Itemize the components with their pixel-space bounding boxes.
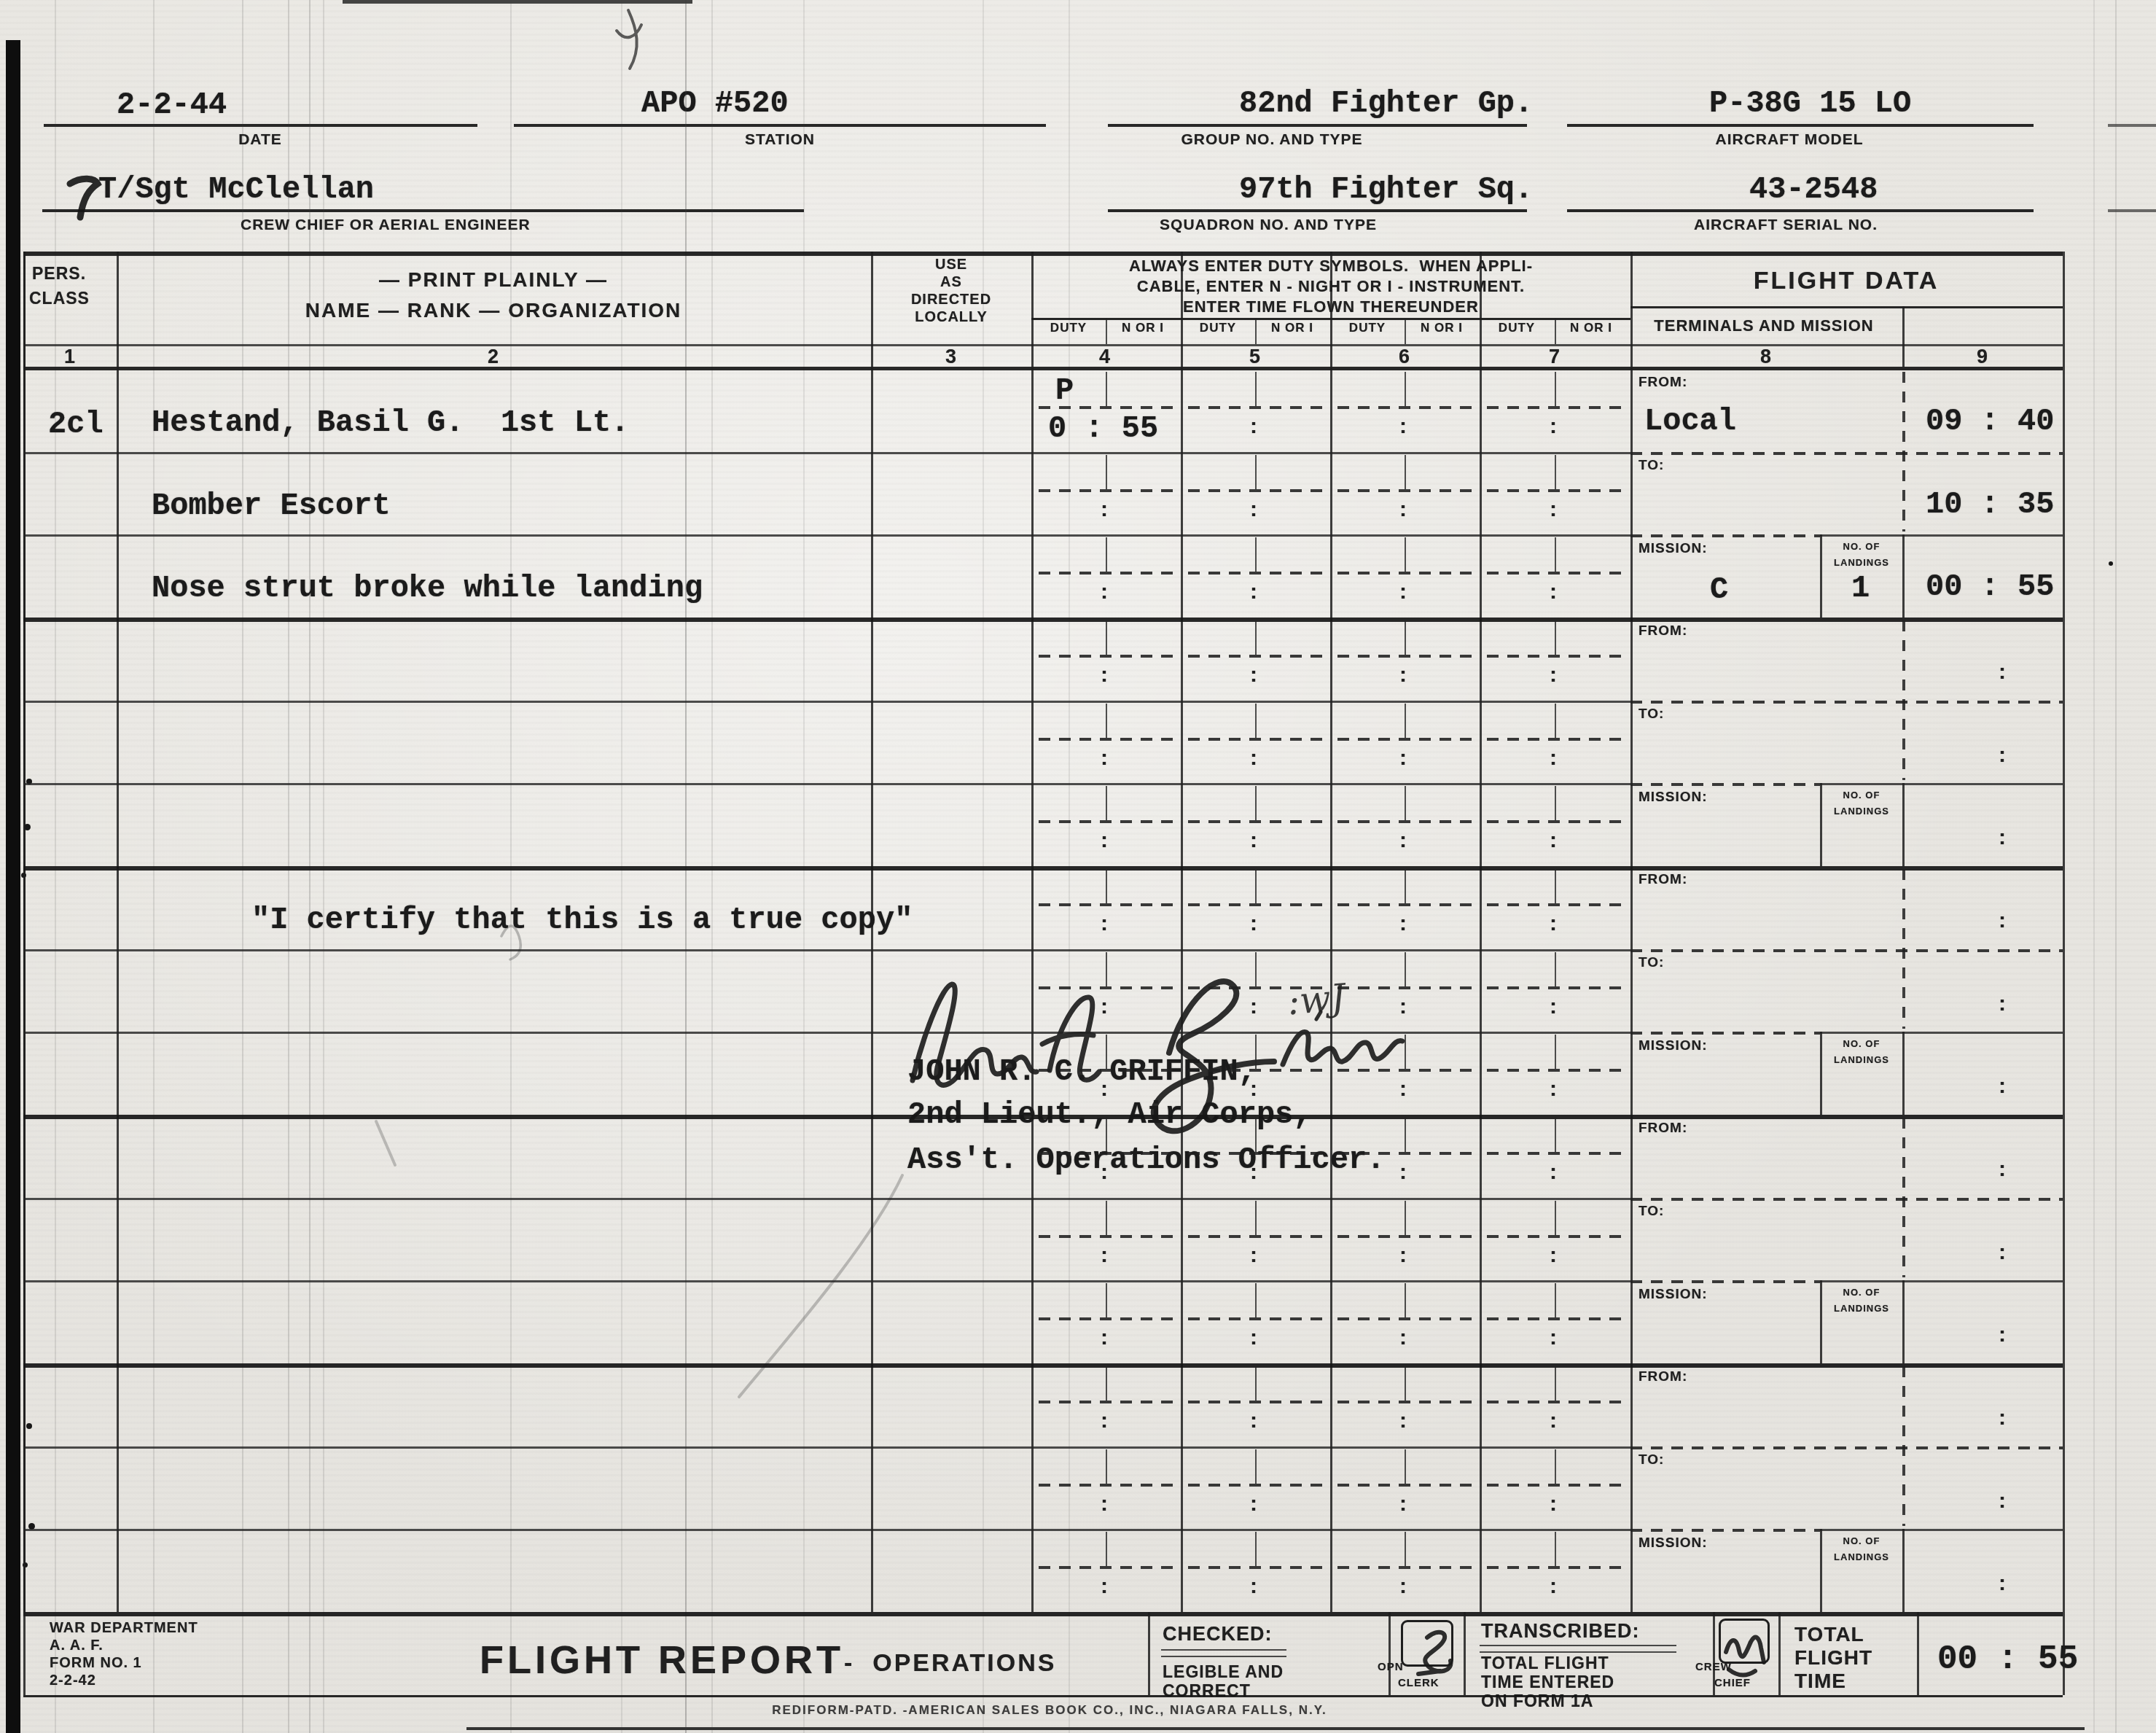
flight-time: 09 : 40 <box>1926 404 2054 439</box>
duty-divider-line <box>1405 318 1406 344</box>
landings-label-2: LANDINGS <box>1834 1054 1889 1065</box>
duty-divider-line <box>1106 1118 1107 1152</box>
from-label: FROM: <box>1639 872 1687 888</box>
dashed-rule <box>1487 489 1622 492</box>
signature-typed-title: Ass't. Operations Officer. <box>907 1142 1385 1177</box>
to-label: TO: <box>1639 1204 1664 1220</box>
total-flight-time-2: FLIGHT <box>1794 1646 1872 1670</box>
duty-divider-line <box>1405 1283 1406 1317</box>
dashed-column-line <box>1902 1118 1905 1277</box>
duty-divider-line <box>1255 1283 1257 1317</box>
duty-divider-line <box>1106 537 1107 572</box>
crew-chief-label: CREW CHIEF OR AERIAL ENGINEER <box>241 217 531 234</box>
dashed-rule <box>1630 1280 1820 1283</box>
duty-divider-line <box>1405 869 1406 903</box>
dashed-rule <box>1337 903 1472 906</box>
pers-class-header-2: CLASS <box>29 289 90 308</box>
dashed-rule <box>1487 1484 1622 1487</box>
duty-divider-line <box>1106 786 1107 820</box>
duty-colon: : <box>1399 497 1407 522</box>
scan-bottom-line <box>466 1727 2085 1730</box>
duty-colon: : <box>1250 663 1258 688</box>
duty-divider-line <box>1405 952 1406 986</box>
time-colon: : <box>1999 908 2007 933</box>
signature-typed-name: JOHN R. C. GRIFFIN, <box>907 1054 1257 1089</box>
duty-time: 0 : 55 <box>1048 411 1158 446</box>
duty-divider-line <box>1555 869 1556 903</box>
dashed-rule <box>1188 903 1323 906</box>
dashed-column-line <box>1902 620 1905 780</box>
dashed-rule <box>1039 1069 1173 1072</box>
duty-colon: : <box>1550 1409 1558 1433</box>
dashed-rule <box>1487 820 1622 823</box>
print-plainly-header: — PRINT PLAINLY — <box>379 268 608 292</box>
footer-divider <box>1464 1612 1466 1695</box>
landings-label-1: NO. OF <box>1843 790 1880 801</box>
dashed-rule <box>1337 406 1472 409</box>
squadron-label: SQUADRON NO. AND TYPE <box>1160 217 1377 234</box>
duty-divider-line <box>1106 1283 1107 1317</box>
duty-colon: : <box>1399 580 1407 604</box>
duty-colon: : <box>1101 1492 1109 1516</box>
from-label: FROM: <box>1639 375 1687 391</box>
dashed-rule <box>1039 820 1173 823</box>
duty-divider-line <box>1255 1449 1257 1484</box>
table-right-border <box>2063 252 2065 1695</box>
duty-divider-line <box>1255 1532 1257 1566</box>
duty-subheader: DUTY <box>1349 321 1386 335</box>
duty-colon: : <box>1101 994 1109 1019</box>
printer-line: REDIFORM-PATD. -AMERICAN SALES BOOK CO.,… <box>772 1703 1327 1718</box>
dashed-rule <box>1630 1446 2063 1449</box>
duty-divider-line <box>1405 537 1406 572</box>
dashed-rule <box>1337 1401 1472 1403</box>
dashed-rule <box>1039 1484 1173 1487</box>
dashed-rule <box>1188 1317 1323 1320</box>
duty-divider-line <box>1255 455 1257 489</box>
crew-chief-value: T/Sgt McClellan <box>98 172 374 207</box>
dashed-rule <box>1630 1032 1820 1035</box>
duty-divider-line <box>1405 1449 1406 1484</box>
duty-divider-line <box>1405 372 1406 406</box>
rule-line-light <box>1820 783 2063 785</box>
column-number: 8 <box>1760 346 1772 368</box>
column-number: 1 <box>64 346 76 368</box>
squadron-value: 97th Fighter Sq. <box>1239 172 1533 207</box>
duty-colon: : <box>1250 746 1258 771</box>
duty-divider-line <box>1405 1201 1406 1235</box>
duty-colon: : <box>1101 580 1109 604</box>
date-label: DATE <box>238 131 282 149</box>
duty-divider-line <box>1106 1449 1107 1484</box>
dashed-rule <box>1487 1235 1622 1238</box>
duty-colon: : <box>1550 994 1558 1019</box>
duty-divider-line <box>1106 372 1107 406</box>
duty-divider-line <box>1555 318 1556 344</box>
dashed-rule <box>1188 1484 1323 1487</box>
duty-colon: : <box>1250 1574 1258 1599</box>
footer-top-border <box>23 1612 2063 1616</box>
dashed-rule <box>1487 1152 1622 1155</box>
scanned-flight-report: { "header": { "fields": [ {"value": "2-2… <box>0 0 2156 1733</box>
duty-colon: : <box>1399 911 1407 936</box>
numbers-row-topline <box>23 344 2063 346</box>
flight-data-header: FLIGHT DATA <box>1754 267 1940 295</box>
rule-line-light <box>23 701 1630 703</box>
time-colon: : <box>1999 1406 2007 1430</box>
serial-label: AIRCRAFT SERIAL NO. <box>1694 217 1878 234</box>
duty-divider-line <box>1255 786 1257 820</box>
mission-label: MISSION: <box>1639 1535 1708 1551</box>
dashed-rule <box>1487 738 1622 741</box>
dashed-rule <box>1630 1529 1820 1532</box>
duty-colon: : <box>1550 663 1558 688</box>
duty-colon: : <box>1250 828 1258 853</box>
table-top-border <box>23 252 2063 256</box>
column-line <box>1480 252 1482 1612</box>
duty-divider-line <box>1106 952 1107 986</box>
ink-speck <box>2109 561 2113 566</box>
dashed-rule <box>1188 489 1323 492</box>
dashed-rule <box>1337 572 1472 575</box>
duty-divider-line <box>1555 372 1556 406</box>
station-value: APO #520 <box>641 86 789 121</box>
nori-subheader: N OR I <box>1421 321 1463 335</box>
duty-divider-line <box>1405 704 1406 738</box>
use-locally-4: LOCALLY <box>915 309 988 326</box>
duty-divider-line <box>1555 786 1556 820</box>
form-title-suffix: - OPERATIONS <box>844 1649 1057 1678</box>
duty-colon: : <box>1550 828 1558 853</box>
duty-divider-line <box>1255 620 1257 655</box>
time-colon: : <box>1999 1157 2007 1182</box>
duty-colon: : <box>1399 1409 1407 1433</box>
duty-colon: : <box>1101 1325 1109 1350</box>
mission-label: MISSION: <box>1639 1287 1708 1303</box>
duty-colon: : <box>1101 746 1109 771</box>
dashed-rule <box>1487 903 1622 906</box>
duty-divider-line <box>1555 537 1556 572</box>
duty-colon: : <box>1250 414 1258 439</box>
duty-colon: : <box>1399 1492 1407 1516</box>
landings-box-left <box>1820 534 1822 618</box>
dashed-rule <box>1630 452 2063 455</box>
to-label: TO: <box>1639 1452 1664 1468</box>
duty-colon: : <box>1399 1077 1407 1102</box>
mission-symbol: C <box>1710 572 1728 607</box>
form-title: FLIGHT REPORT <box>480 1637 844 1683</box>
duty-divider-line <box>1106 318 1107 344</box>
duty-divider-line <box>1255 704 1257 738</box>
dashed-rule <box>1039 1401 1173 1403</box>
dashed-rule <box>1188 406 1323 409</box>
from-label: FROM: <box>1639 1121 1687 1137</box>
duty-colon: : <box>1250 1077 1258 1102</box>
duty-subheader: DUTY <box>1050 321 1087 335</box>
serial-value: 43-2548 <box>1749 172 1878 207</box>
terminal-value: Local <box>1644 404 1736 439</box>
landings-value: 1 <box>1851 571 1870 606</box>
duty-divider-line <box>1555 704 1556 738</box>
duty-colon: : <box>1101 1574 1109 1599</box>
aircraft-model-value: P-38G 15 LO <box>1709 86 1911 121</box>
form-info-4: 2-2-42 <box>50 1672 96 1689</box>
duty-colon: : <box>1399 828 1407 853</box>
dashed-rule <box>1188 820 1323 823</box>
dashed-rule <box>1039 1152 1173 1155</box>
duty-divider-line <box>1405 1118 1406 1152</box>
duty-divider-line <box>1555 620 1556 655</box>
mission-label: MISSION: <box>1639 1038 1708 1054</box>
time-colon: : <box>1999 1323 2007 1347</box>
dashed-rule <box>1188 1566 1323 1569</box>
use-locally-1: USE <box>935 257 967 273</box>
duty-divider-line <box>1405 620 1406 655</box>
footer-divider <box>1713 1612 1715 1695</box>
duty-divider-line <box>1405 1366 1406 1401</box>
column-number: 4 <box>1099 346 1111 368</box>
rule-line-light <box>1820 534 2063 537</box>
rule-line-light <box>23 783 1630 785</box>
duty-colon: : <box>1101 1243 1109 1268</box>
form-info-1: WAR DEPARTMENT <box>50 1620 198 1637</box>
landings-box-right <box>1902 1529 1905 1612</box>
column-number: 6 <box>1399 346 1410 368</box>
column-number: 5 <box>1249 346 1261 368</box>
total-flight-time-3: TIME <box>1794 1670 1846 1693</box>
time-colon: : <box>1999 825 2007 850</box>
dashed-rule <box>1039 1317 1173 1320</box>
dashed-rule <box>1039 903 1173 906</box>
dashed-rule <box>1337 986 1472 989</box>
duty-colon: : <box>1399 1243 1407 1268</box>
dashed-rule <box>1188 1069 1323 1072</box>
total-flight-time-value: 00 : 55 <box>1937 1640 2078 1678</box>
block-separator <box>23 1115 2063 1119</box>
rule-line-light <box>23 949 1630 951</box>
block-separator <box>23 866 2063 871</box>
duty-divider-line <box>1255 1035 1257 1069</box>
scan-streak <box>2093 0 2095 1733</box>
time-colon: : <box>1999 1571 2007 1596</box>
flight-time: 00 : 55 <box>1926 569 2054 604</box>
dashed-rule <box>1487 406 1622 409</box>
dashed-rule <box>1039 489 1173 492</box>
from-label: FROM: <box>1639 1369 1687 1385</box>
footer-divider <box>1148 1612 1150 1695</box>
duty-subheader: DUTY <box>1200 321 1236 335</box>
chief-box-label2: CHIEF <box>1714 1677 1751 1689</box>
column-number: 9 <box>1977 346 1988 368</box>
rule-line-light <box>1820 1032 2063 1034</box>
nori-subheader: N OR I <box>1570 321 1612 335</box>
landings-box-right <box>1902 534 1905 618</box>
mission-label: MISSION: <box>1639 541 1708 557</box>
rule-line-light <box>23 1032 1630 1034</box>
dashed-rule <box>1039 738 1173 741</box>
landings-label-1: NO. OF <box>1843 1535 1880 1546</box>
landings-box-left <box>1820 783 1822 866</box>
dashed-rule <box>1337 820 1472 823</box>
duty-colon: : <box>1101 828 1109 853</box>
dashed-rule <box>1188 986 1323 989</box>
dashed-rule <box>1630 701 2063 704</box>
duty-colon: : <box>1399 414 1407 439</box>
duty-colon: : <box>1250 497 1258 522</box>
scan-edge-bar <box>6 40 20 1733</box>
column-line <box>1031 252 1034 1612</box>
column-line <box>1181 252 1183 1612</box>
duty-colon: : <box>1250 1243 1258 1268</box>
duty-colon: : <box>1399 1325 1407 1350</box>
duty-colon: : <box>1550 497 1558 522</box>
duty-colon: : <box>1101 911 1109 936</box>
dashed-rule <box>1487 1069 1622 1072</box>
header-bottom-border <box>23 367 2063 370</box>
landings-label-2: LANDINGS <box>1834 1303 1889 1314</box>
duty-colon: : <box>1550 1325 1558 1350</box>
column-number: 7 <box>1549 346 1561 368</box>
duty-colon: : <box>1101 663 1109 688</box>
nori-subheader: N OR I <box>1271 321 1313 335</box>
form-info-3: FORM NO. 1 <box>50 1655 142 1672</box>
duty-divider-line <box>1405 1035 1406 1069</box>
duty-divider-line <box>1405 786 1406 820</box>
duty-colon: : <box>1550 911 1558 936</box>
duty-colon: : <box>1550 414 1558 439</box>
rule-line-light <box>1820 1280 2063 1282</box>
terminals-time-divider <box>1902 306 1905 367</box>
dashed-column-line <box>1902 869 1905 1029</box>
duty-colon: : <box>1399 994 1407 1019</box>
column-number: 3 <box>945 346 957 368</box>
duty-divider-line <box>1255 372 1257 406</box>
dashed-rule <box>1487 1317 1622 1320</box>
duty-divider-line <box>1106 1532 1107 1566</box>
duty-colon: : <box>1101 1409 1109 1433</box>
duty-divider-line <box>1555 1035 1556 1069</box>
landings-label-2: LANDINGS <box>1834 557 1889 568</box>
duty-colon: : <box>1550 1077 1558 1102</box>
handwritten-note: :wJ <box>1286 976 1347 1024</box>
duty-divider-line <box>1106 1366 1107 1401</box>
duty-divider-line <box>1555 952 1556 986</box>
duty-colon: : <box>1550 580 1558 604</box>
dashed-rule <box>1337 1069 1472 1072</box>
dashed-rule <box>1337 1152 1472 1155</box>
time-colon: : <box>1999 1074 2007 1099</box>
footer-bottom-border <box>23 1695 2063 1697</box>
landings-box-right <box>1902 1280 1905 1363</box>
time-colon: : <box>1999 743 2007 768</box>
landings-box-left <box>1820 1032 1822 1115</box>
row-text: Nose strut broke while landing <box>152 571 703 606</box>
duty-colon: : <box>1101 1160 1109 1185</box>
dashed-rule <box>1337 1566 1472 1569</box>
dashed-rule <box>1188 572 1323 575</box>
footer-divider <box>1917 1612 1919 1695</box>
landings-label-1: NO. OF <box>1843 541 1880 552</box>
group-label: GROUP NO. AND TYPE <box>1181 131 1362 149</box>
landings-label-1: NO. OF <box>1843 1287 1880 1298</box>
dashed-rule <box>1039 572 1173 575</box>
duty-colon: : <box>1399 746 1407 771</box>
terminals-header: TERMINALS AND MISSION <box>1654 316 1873 335</box>
duty-divider-line <box>1555 1366 1556 1401</box>
landings-label-2: LANDINGS <box>1834 806 1889 817</box>
dashed-rule <box>1039 655 1173 658</box>
dashed-rule <box>1487 1401 1622 1403</box>
duty-divider-line <box>1255 318 1257 344</box>
block-separator <box>23 618 2063 622</box>
landings-label-1: NO. OF <box>1843 1038 1880 1049</box>
duty-divider-line <box>1405 1532 1406 1566</box>
duty-colon: : <box>1550 1574 1558 1599</box>
duty-colon: : <box>1399 663 1407 688</box>
checked-line1: LEGIBLE AND <box>1163 1662 1284 1682</box>
duty-colon: : <box>1550 1243 1558 1268</box>
column-line <box>1630 252 1633 1612</box>
duty-divider-line <box>1255 537 1257 572</box>
rule-line-light <box>23 452 1630 454</box>
use-locally-3: DIRECTED <box>911 292 991 308</box>
duty-divider-line <box>1555 1118 1556 1152</box>
rule-line-light <box>23 1446 1630 1449</box>
name-rank-header: NAME — RANK — ORGANIZATION <box>305 299 682 322</box>
clerk-box-label2: CLERK <box>1398 1677 1440 1689</box>
duty-colon: : <box>1550 746 1558 771</box>
landings-box-right <box>1902 1032 1905 1115</box>
duty-divider-line <box>1255 952 1257 986</box>
duty-divider-line <box>1106 455 1107 489</box>
footer-divider <box>1778 1612 1781 1695</box>
time-colon: : <box>1999 1240 2007 1265</box>
duty-divider-line <box>1255 1118 1257 1152</box>
duty-subheader: DUTY <box>1499 321 1535 335</box>
date-value: 2-2-44 <box>117 87 227 122</box>
duty-divider-line <box>1255 869 1257 903</box>
group-value: 82nd Fighter Gp. <box>1239 86 1533 121</box>
to-label: TO: <box>1639 955 1664 971</box>
dashed-rule <box>1039 1235 1173 1238</box>
dashed-rule <box>1337 1235 1472 1238</box>
dashed-rule <box>1630 783 1820 786</box>
landings-box-right <box>1902 783 1905 866</box>
landings-label-2: LANDINGS <box>1834 1551 1889 1562</box>
column-line <box>117 252 119 1612</box>
duty-divider-line <box>1255 1366 1257 1401</box>
time-colon: : <box>1999 1489 2007 1514</box>
dashed-rule <box>1337 655 1472 658</box>
duty-symbol: P <box>1055 373 1074 408</box>
duty-colon: : <box>1250 1160 1258 1185</box>
rule-line-light <box>23 534 1630 537</box>
duty-colon: : <box>1250 911 1258 936</box>
dashed-rule <box>1487 986 1622 989</box>
pers-class-header-1: PERS. <box>32 264 86 284</box>
dashed-rule <box>1188 655 1323 658</box>
opn-clerk-initial-box <box>1401 1620 1453 1667</box>
form-info-2: A. A. F. <box>50 1637 103 1654</box>
landings-box-left <box>1820 1280 1822 1363</box>
dashed-column-line <box>1902 372 1905 531</box>
ink-speck <box>26 1423 32 1429</box>
duty-divider-line <box>1106 1201 1107 1235</box>
dashed-rule <box>1630 1198 2063 1201</box>
dashed-rule <box>1039 986 1173 989</box>
crew-chief-initial-box <box>1719 1619 1770 1664</box>
dashed-rule <box>1188 1152 1323 1155</box>
